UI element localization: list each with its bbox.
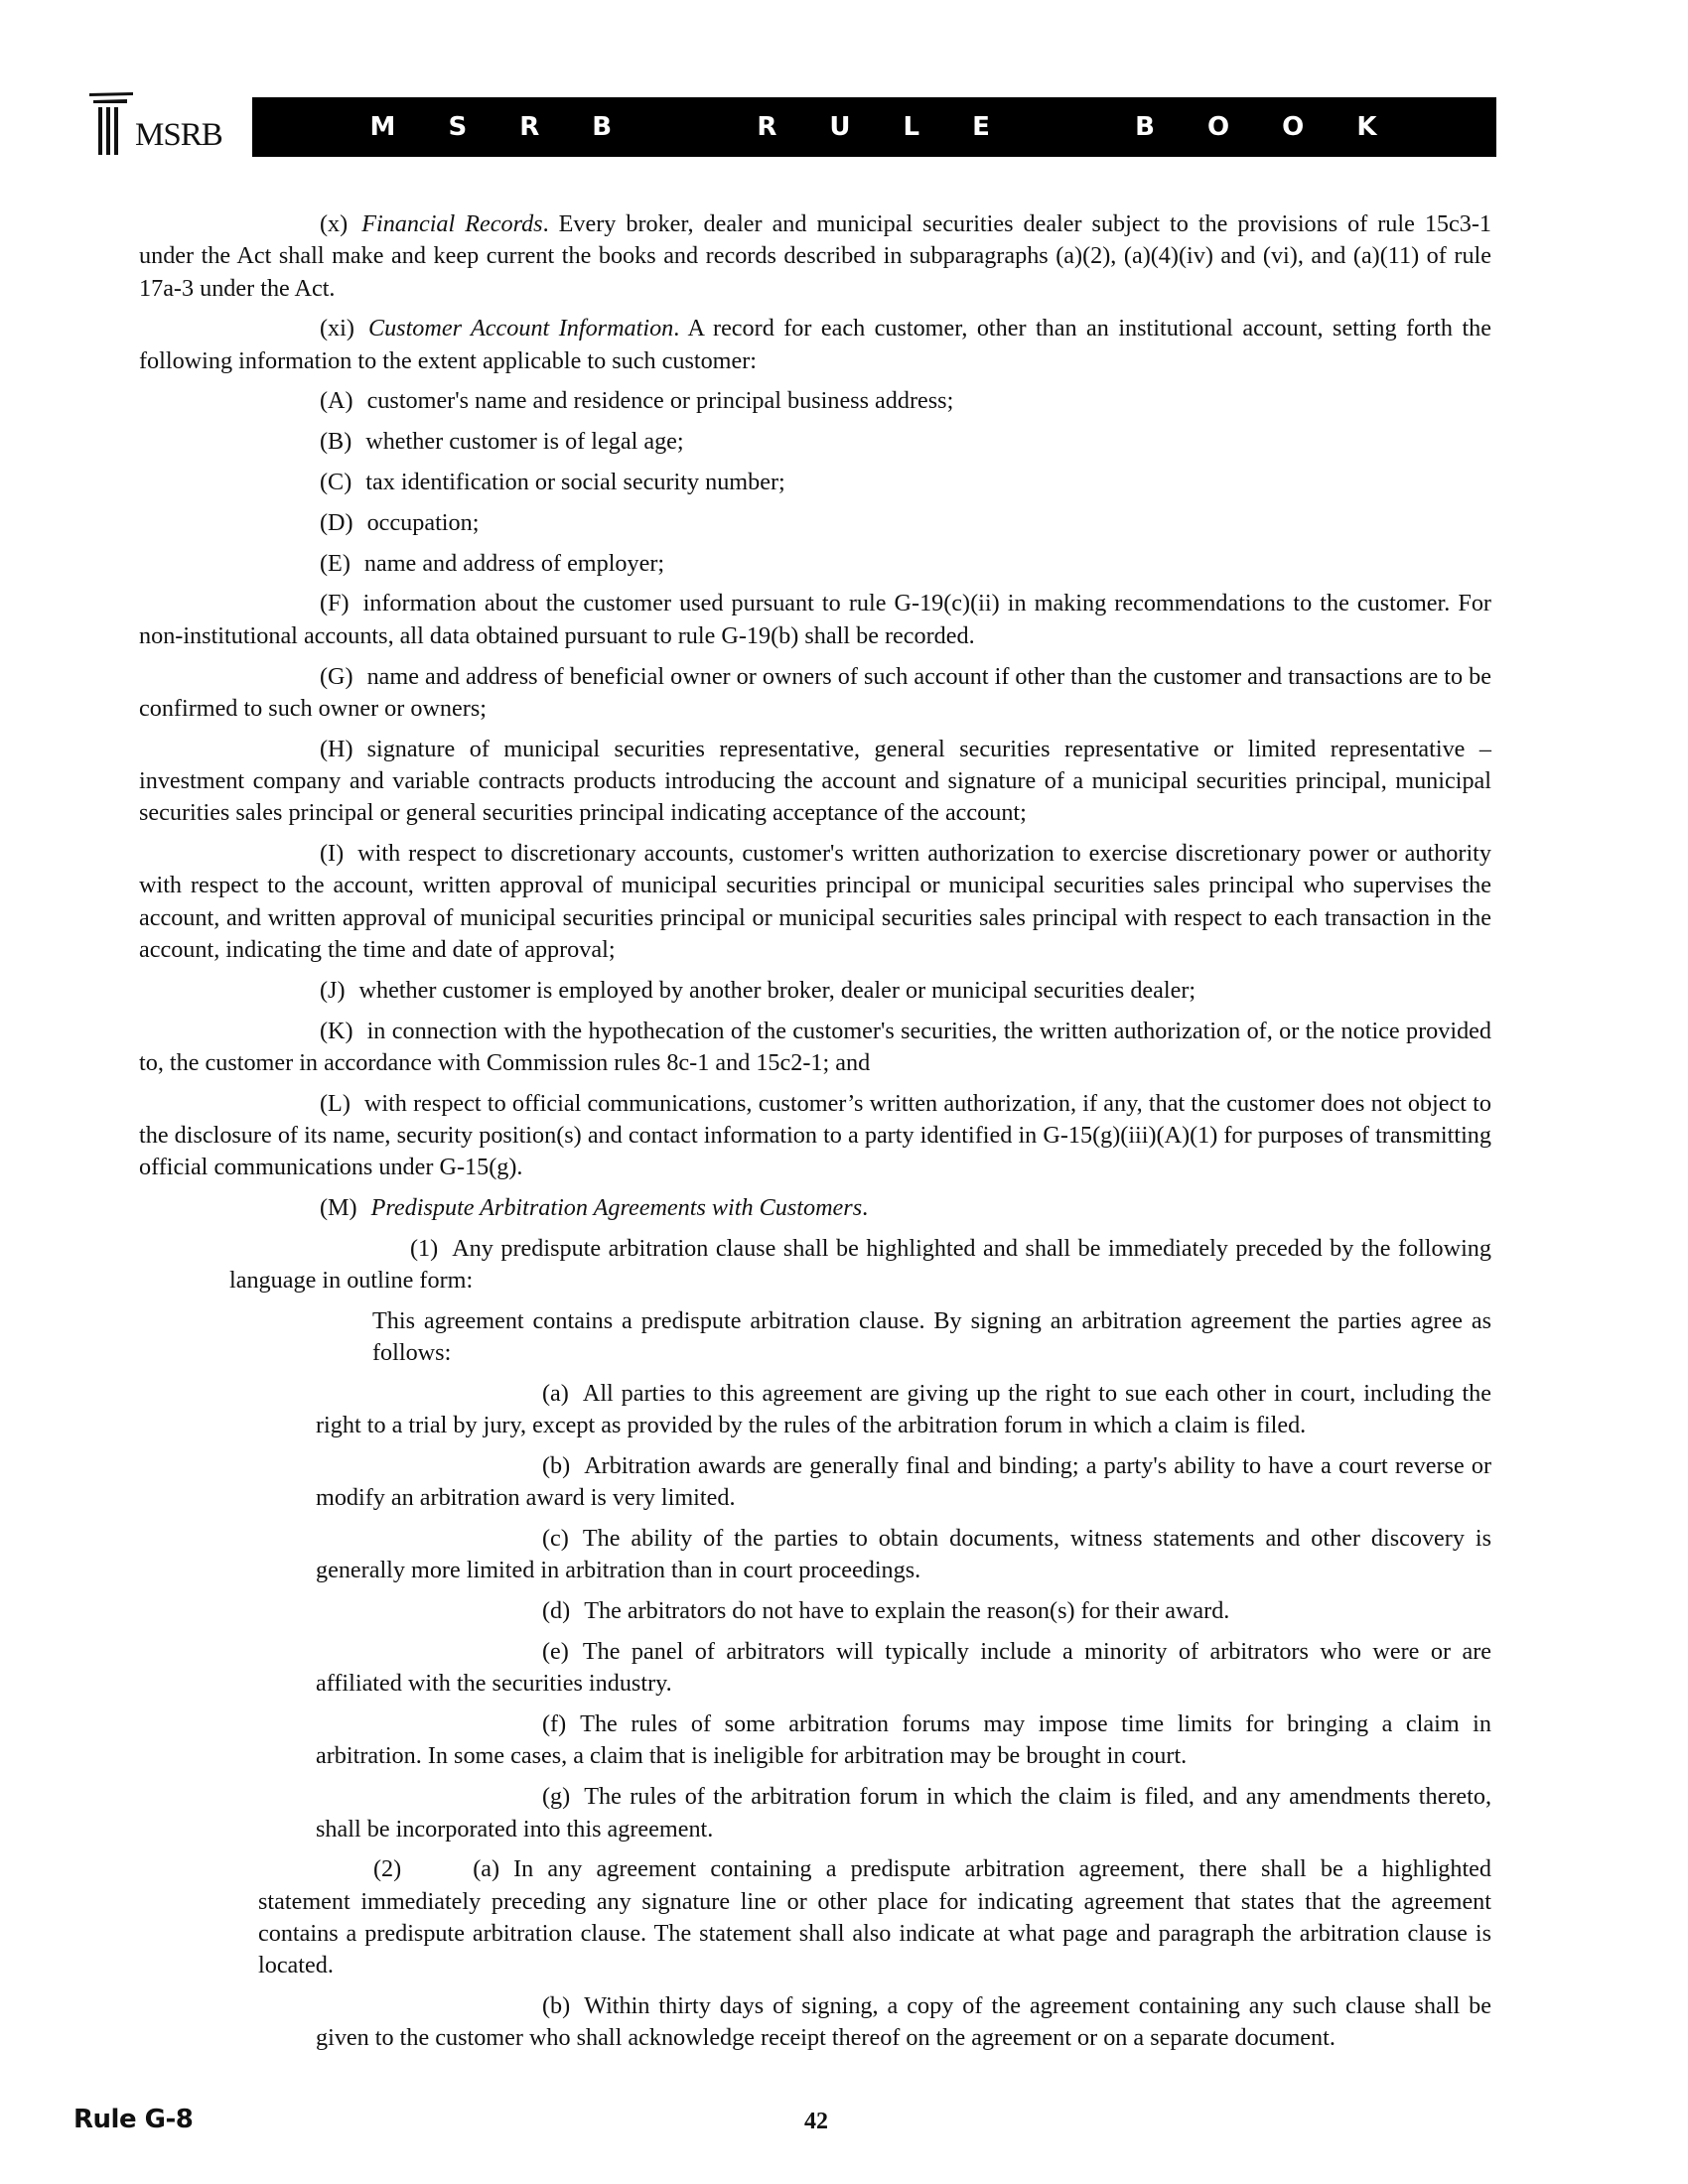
item-label: (d) xyxy=(429,1595,570,1627)
page-number: 42 xyxy=(804,2109,828,2135)
clause-e: (e)The panel of arbitrators will typical… xyxy=(139,1636,1491,1701)
item-label: (c) xyxy=(429,1523,569,1555)
item-label: (A) xyxy=(229,385,353,417)
item-text: whether customer is of legal age; xyxy=(365,428,683,455)
page-header: MSRB M S R B R U L E B O O K xyxy=(0,0,1688,169)
list-item-G: (G)name and address of beneficial owner … xyxy=(139,661,1491,726)
paragraph-heading: Financial Records xyxy=(361,210,542,237)
item-label: (J) xyxy=(229,975,346,1007)
list-item-F: (F)information about the customer used p… xyxy=(139,588,1491,652)
title-bar: M S R B R U L E B O O K xyxy=(252,97,1496,157)
item-label: (e) xyxy=(429,1636,569,1668)
item-label: (2) xyxy=(316,1853,401,1885)
clause-b: (b)Arbitration awards are generally fina… xyxy=(139,1450,1491,1515)
list-item-E: (E)name and address of employer; xyxy=(139,548,1491,580)
item-label: (H) xyxy=(229,734,353,765)
item-text: occupation; xyxy=(367,509,480,536)
item-label: (f) xyxy=(429,1708,566,1740)
item-label: (I) xyxy=(229,838,344,870)
list-item-L: (L)with respect to official communicatio… xyxy=(139,1088,1491,1184)
item-heading: Predispute Arbitration Agreements with C… xyxy=(371,1194,863,1221)
list-item-C: (C)tax identification or social security… xyxy=(139,467,1491,498)
sub-label: (b) xyxy=(429,1990,570,2022)
list-item-A: (A)customer's name and residence or prin… xyxy=(139,385,1491,417)
item-text: tax identification or social security nu… xyxy=(365,469,784,495)
paragraph-xi: (xi)Customer Account Information. A reco… xyxy=(139,313,1491,377)
item-label: (M) xyxy=(229,1192,357,1224)
logo-text: MSRB xyxy=(135,119,222,152)
item-text: customer's name and residence or princip… xyxy=(367,387,954,414)
clause-c: (c)The ability of the parties to obtain … xyxy=(139,1523,1491,1587)
list-item-J: (J)whether customer is employed by anoth… xyxy=(139,975,1491,1007)
item-label: (B) xyxy=(229,426,352,458)
list-item-D: (D)occupation; xyxy=(139,507,1491,539)
paragraph-x: (x)Financial Records. Every broker, deal… xyxy=(139,208,1491,305)
paragraph-heading: Customer Account Information xyxy=(368,315,673,341)
item-label: (E) xyxy=(229,548,351,580)
document-body: (x)Financial Records. Every broker, deal… xyxy=(139,208,1491,2063)
item-label: (1) xyxy=(320,1233,438,1265)
list-item-H: (H)signature of municipal securities rep… xyxy=(139,734,1491,830)
clause-a: (a)All parties to this agreement are giv… xyxy=(139,1378,1491,1442)
subitem-2b: (b)Within thirty days of signing, a copy… xyxy=(139,1990,1491,2055)
list-item-I: (I)with respect to discretionary account… xyxy=(139,838,1491,966)
footer-rule-label: Rule G-8 xyxy=(73,2105,193,2134)
clause-f: (f)The rules of some arbitration forums … xyxy=(139,1708,1491,1773)
clause-g: (g)The rules of the arbitration forum in… xyxy=(139,1781,1491,1845)
item-label: (K) xyxy=(229,1016,353,1047)
item-label: (F) xyxy=(229,588,350,619)
pillar-icon xyxy=(87,91,137,157)
list-item-K: (K)in connection with the hypothecation … xyxy=(139,1016,1491,1080)
msrb-logo: MSRB xyxy=(87,91,246,161)
item-label: (g) xyxy=(429,1781,570,1813)
sub-label: (a) xyxy=(415,1853,499,1885)
paragraph-label: (xi) xyxy=(229,313,354,344)
item-text: whether customer is employed by another … xyxy=(359,977,1196,1004)
heading-period: . xyxy=(862,1194,868,1221)
clause-d: (d)The arbitrators do not have to explai… xyxy=(139,1595,1491,1627)
rule-book-title: M S R B R U L E B O O K xyxy=(252,97,1496,157)
item-label: (a) xyxy=(429,1378,569,1410)
item-label: (D) xyxy=(229,507,353,539)
subitem-1: (1)Any predispute arbitration clause sha… xyxy=(139,1233,1491,1297)
arbitration-disclosure-intro: This agreement contains a predispute arb… xyxy=(139,1305,1491,1370)
item-label: (b) xyxy=(429,1450,570,1482)
item-label: (L) xyxy=(229,1088,351,1120)
item-label: (C) xyxy=(229,467,352,498)
item-text: name and address of employer; xyxy=(364,550,664,577)
paragraph-label: (x) xyxy=(229,208,348,240)
item-label: (G) xyxy=(229,661,353,693)
list-item-M: (M)Predispute Arbitration Agreements wit… xyxy=(139,1192,1491,1224)
subitem-2a: (2)(a)In any agreement containing a pred… xyxy=(139,1853,1491,1981)
list-item-B: (B)whether customer is of legal age; xyxy=(139,426,1491,458)
item-text: The arbitrators do not have to explain t… xyxy=(584,1597,1229,1624)
